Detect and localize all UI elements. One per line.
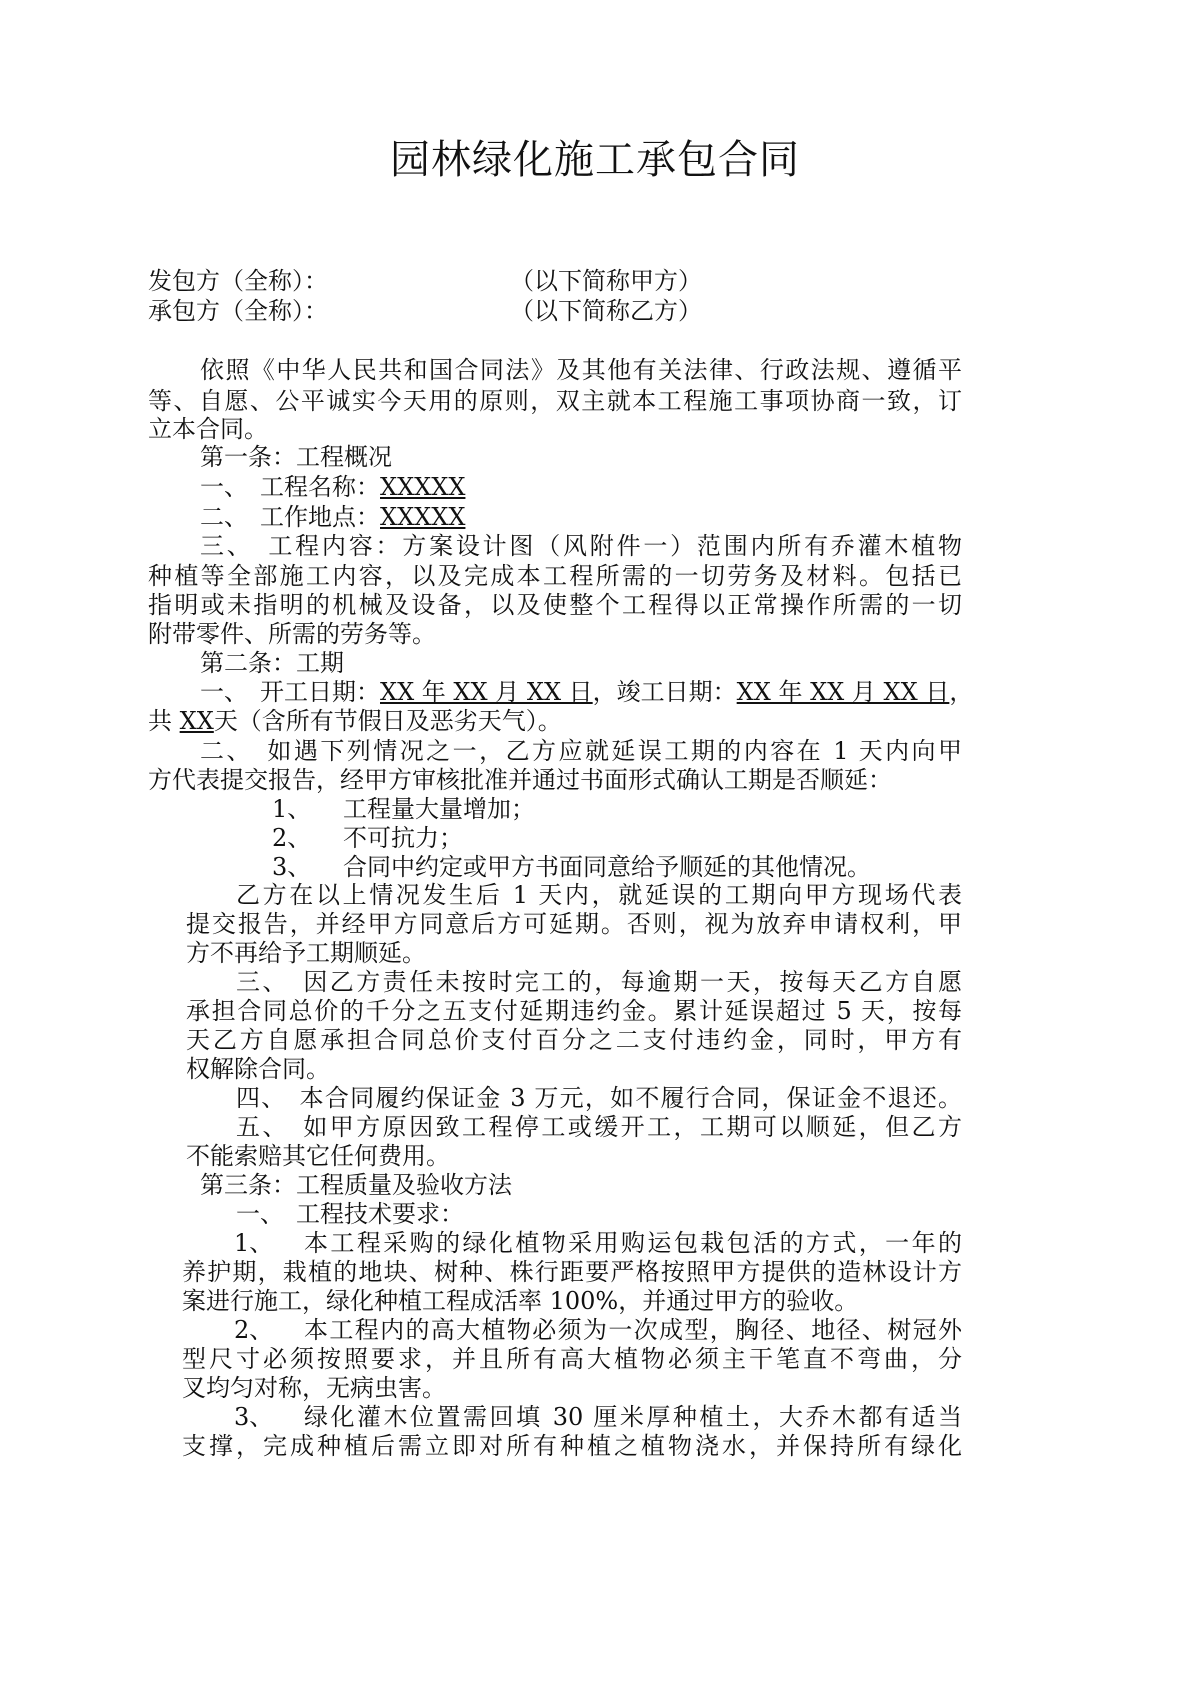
start-date-value: XX 年 XX 月 XX 日	[380, 678, 593, 706]
party-a-label: 发包方（全称）：	[148, 264, 328, 298]
duration-days-value: XX	[180, 707, 214, 735]
project-name-label: 一、 工程名称：XXXXX	[200, 470, 465, 504]
schedule-duration-line: 共 XX天（含所有节假日及恶劣天气）。	[148, 704, 562, 738]
tech-item-3-line-2: 支撑，完成种植后需立即对所有种植之植物浇水，并保持所有绿化	[182, 1429, 962, 1463]
document-title: 园林绿化施工承包合同	[0, 128, 1190, 185]
party-b-label: 承包方（全称）：	[148, 294, 328, 328]
project-name-value: XXXXX	[380, 473, 465, 501]
preamble-line-2: 等、自愿、公平诚实今天用的原则，双主就本工程施工事项协商一致，订	[148, 384, 962, 418]
preamble-line-1: 依照《中华人民共和国合同法》及其他有关法律、行政法规、遵循平	[200, 353, 962, 387]
party-a-alias: （以下简称甲方）	[510, 264, 702, 298]
article-1-heading: 第一条：工程概况	[200, 440, 392, 474]
project-content-line-1: 三、 工程内容：方案设计图（风附件一）范围内所有乔灌木植物	[200, 529, 962, 563]
work-location-value: XXXXX	[380, 503, 465, 531]
party-b-alias: （以下简称乙方）	[510, 294, 702, 328]
end-date-value: XX 年 XX 月 XX 日	[737, 678, 950, 706]
